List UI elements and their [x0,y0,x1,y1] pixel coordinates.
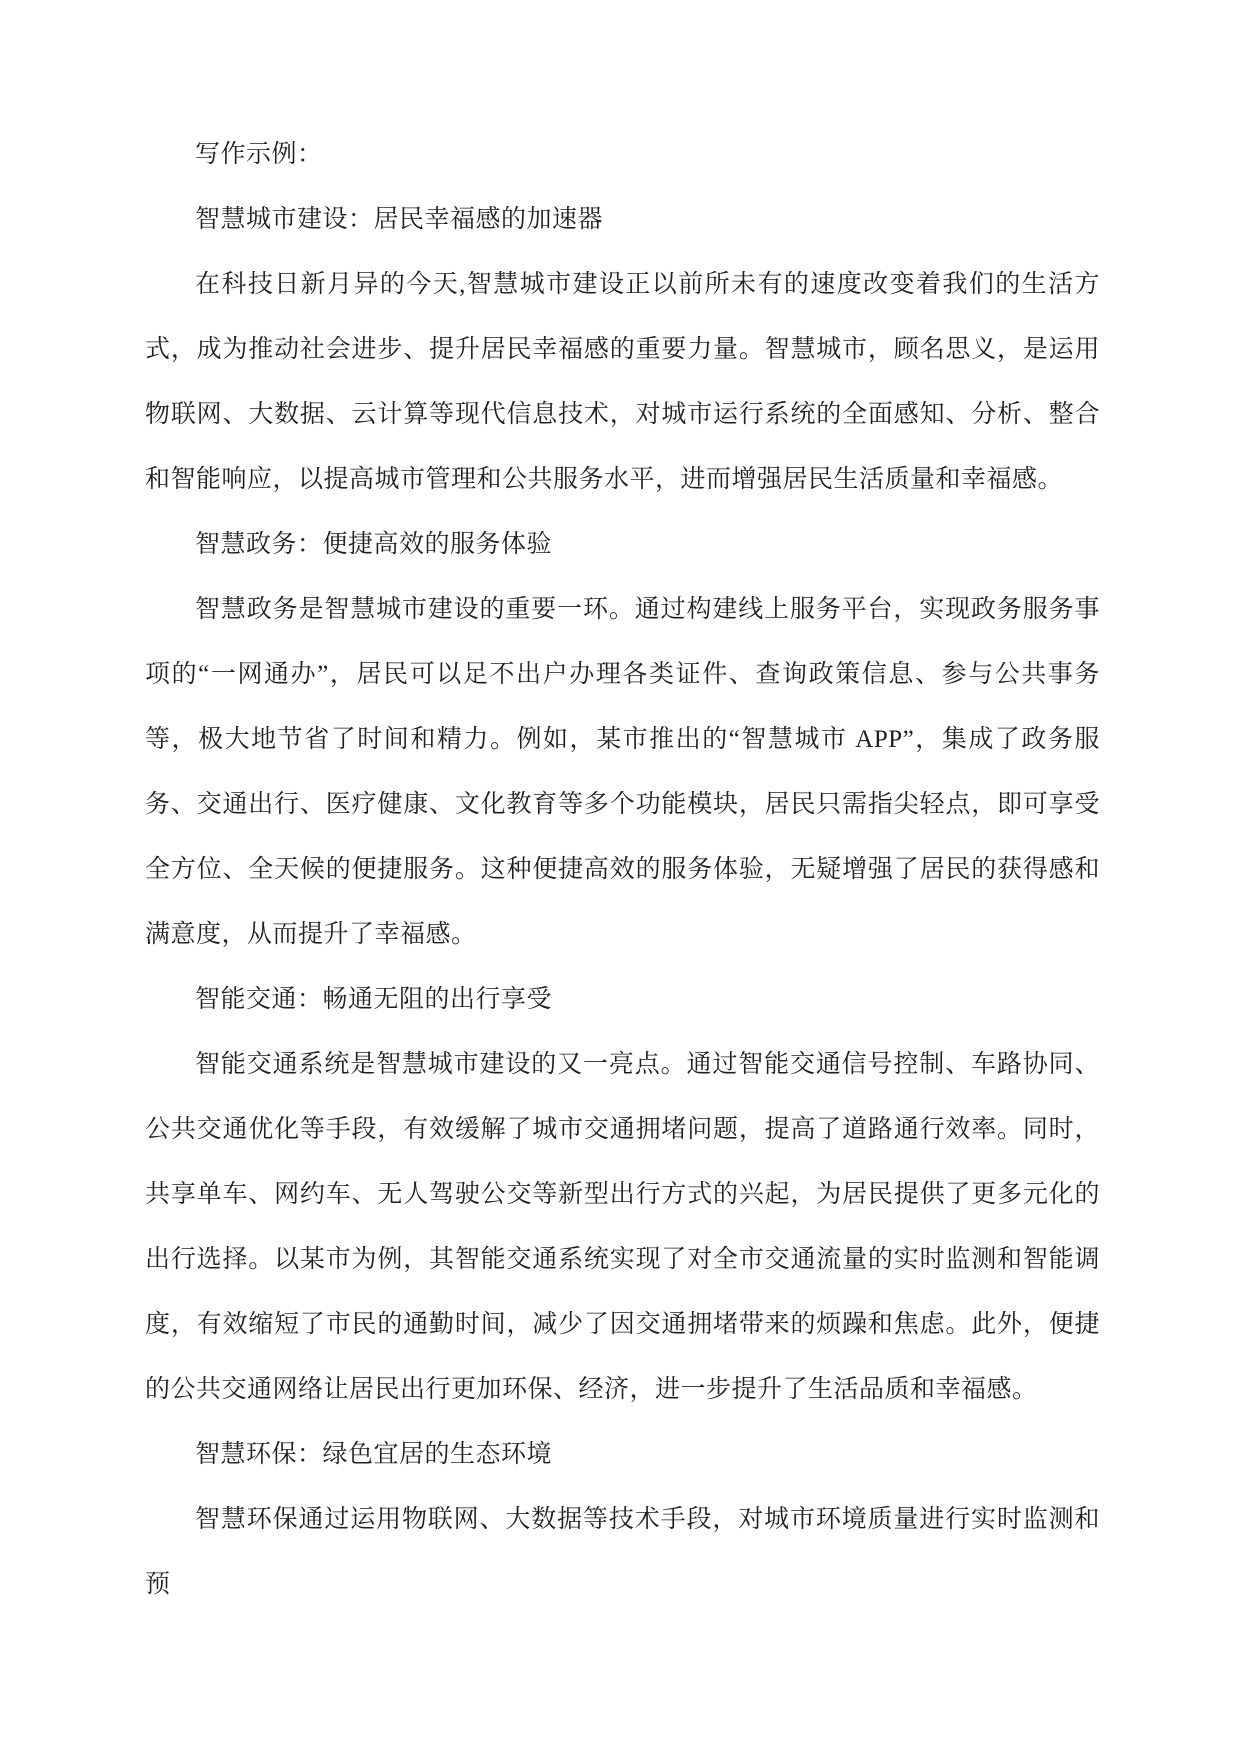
section-heading: 智慧环保：绿色宜居的生态环境 [145,1422,1100,1487]
section-heading: 智慧政务：便捷高效的服务体验 [145,512,1100,577]
paragraph: 智慧环保通过运用物联网、大数据等技术手段，对城市环境质量进行实时监测和预 [145,1487,1100,1617]
paragraph: 智能交通系统是智慧城市建设的又一亮点。通过智能交通信号控制、车路协同、公共交通优… [145,1032,1100,1422]
document-page: 写作示例：智慧城市建设：居民幸福感的加速器在科技日新月异的今天,智慧城市建设正以… [0,0,1241,1754]
intro-label: 写作示例： [145,122,1100,187]
document-body: 写作示例：智慧城市建设：居民幸福感的加速器在科技日新月异的今天,智慧城市建设正以… [145,122,1100,1617]
paragraph: 在科技日新月异的今天,智慧城市建设正以前所未有的速度改变着我们的生活方式，成为推… [145,252,1100,512]
paragraph: 智慧政务是智慧城市建设的重要一环。通过构建线上服务平台，实现政务服务事项的“一网… [145,577,1100,967]
section-heading: 智慧城市建设：居民幸福感的加速器 [145,187,1100,252]
section-heading: 智能交通：畅通无阻的出行享受 [145,967,1100,1032]
